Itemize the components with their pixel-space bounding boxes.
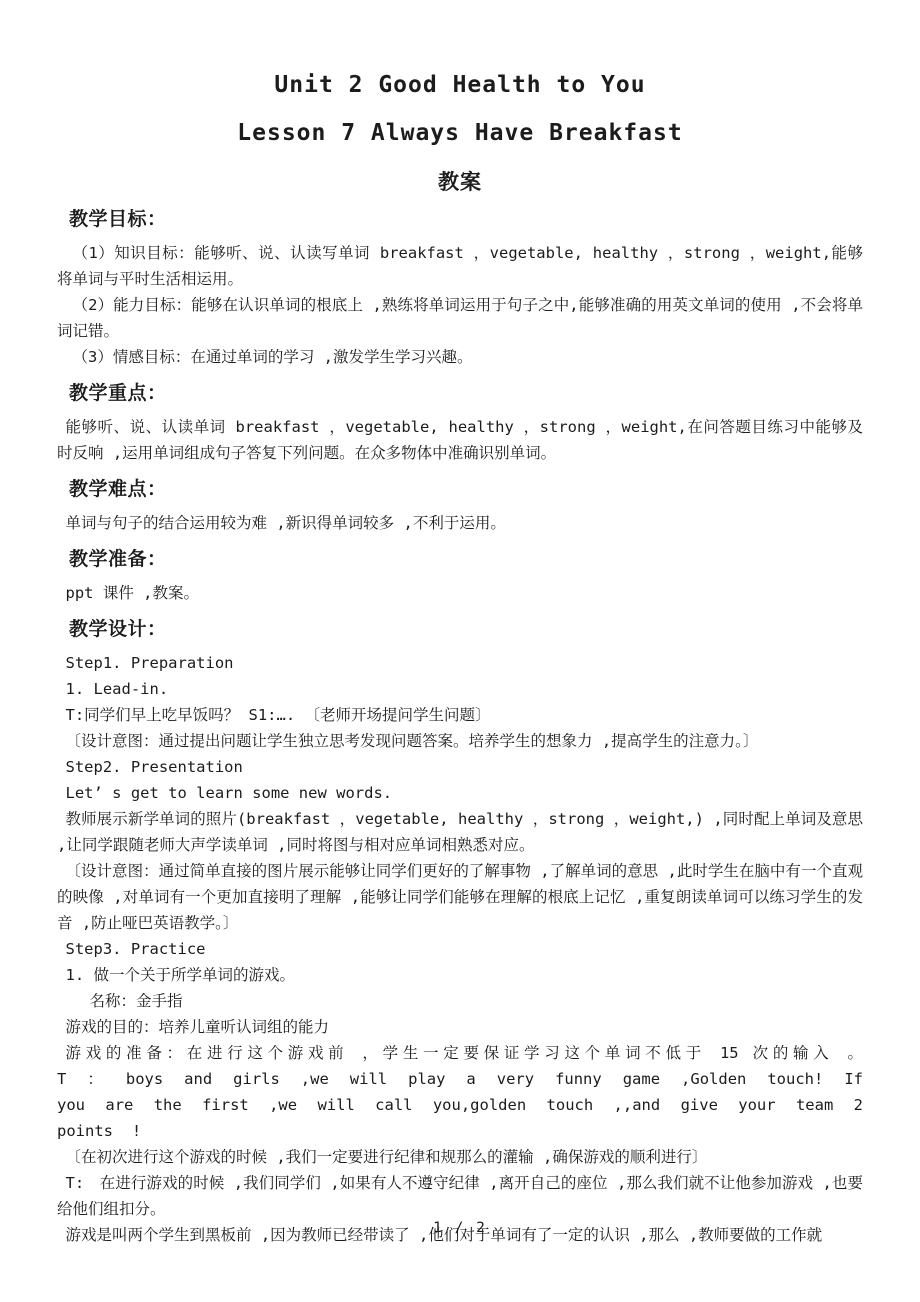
unit-title: Unit 2 Good Health to You [57, 72, 863, 98]
paragraph: 游戏的准备：在进行这个游戏前 ，学生一定要保证学习这个单词不低于 15 次的输入… [57, 1040, 863, 1066]
paragraph: ppt 课件 ,教案。 [57, 580, 863, 606]
paragraph: （2）能力目标：能够在认识单词的根底上 ,熟练将单词运用于句子之中,能够准确的用… [57, 292, 863, 344]
paragraph: 能够听、说、认读单词 breakfast ，vegetable, healthy… [57, 414, 863, 466]
paragraph: 〔在初次进行这个游戏的时候 ,我们一定要进行纪律和规那么的灌输 ,确保游戏的顺利… [57, 1144, 863, 1170]
paragraph: 〔设计意图：通过提出问题让学生独立思考发现问题答案。培养学生的想象力 ,提高学生… [57, 728, 863, 754]
document-page: Unit 2 Good Health to You Lesson 7 Alway… [0, 0, 920, 1302]
paragraph: Step1. Preparation [57, 650, 863, 676]
section-heading-key-points: 教学重点： [57, 380, 863, 407]
paragraph: 教师展示新学单词的照片(breakfast ，vegetable, health… [57, 806, 863, 858]
paragraph: 〔设计意图：通过简单直接的图片展示能够让同学们更好的了解事物 ,了解单词的意思 … [57, 858, 863, 936]
paragraph: Step3. Practice [57, 936, 863, 962]
paragraph: 名称：金手指 [57, 988, 863, 1014]
paragraph: T ： boys and girls ,we will play a very … [57, 1066, 863, 1144]
section-heading-design: 教学设计： [57, 616, 863, 643]
lesson-title: Lesson 7 Always Have Breakfast [57, 120, 863, 146]
section-heading-difficulties: 教学难点： [57, 476, 863, 503]
paragraph: 游戏的目的：培养儿童听认词组的能力 [57, 1014, 863, 1040]
paragraph: Step2. Presentation [57, 754, 863, 780]
paragraph: 单词与句子的结合运用较为难 ,新识得单词较多 ,不利于运用。 [57, 510, 863, 536]
paragraph: T: 在进行游戏的时候 ,我们同学们 ,如果有人不遵守纪律 ,离开自己的座位 ,… [57, 1170, 863, 1222]
section-heading-preparation: 教学准备： [57, 546, 863, 573]
paragraph: （1）知识目标：能够听、说、认读写单词 breakfast ，vegetable… [57, 240, 863, 292]
document-content: Unit 2 Good Health to You Lesson 7 Alway… [0, 0, 920, 1248]
paragraph: Let’ s get to learn some new words. [57, 780, 863, 806]
paragraph: 1. 做一个关于所学单词的游戏。 [57, 962, 863, 988]
paragraph: T:同学们早上吃早饭吗？ S1:…. 〔老师开场提问学生问题〕 [57, 702, 863, 728]
doc-type-title: 教案 [57, 170, 863, 194]
page-number: 1 / 2 [0, 1220, 920, 1236]
paragraph: （3）情感目标：在通过单词的学习 ,激发学生学习兴趣。 [57, 344, 863, 370]
section-heading-teaching-goals: 教学目标： [57, 206, 863, 233]
paragraph: 1. Lead-in. [57, 676, 863, 702]
